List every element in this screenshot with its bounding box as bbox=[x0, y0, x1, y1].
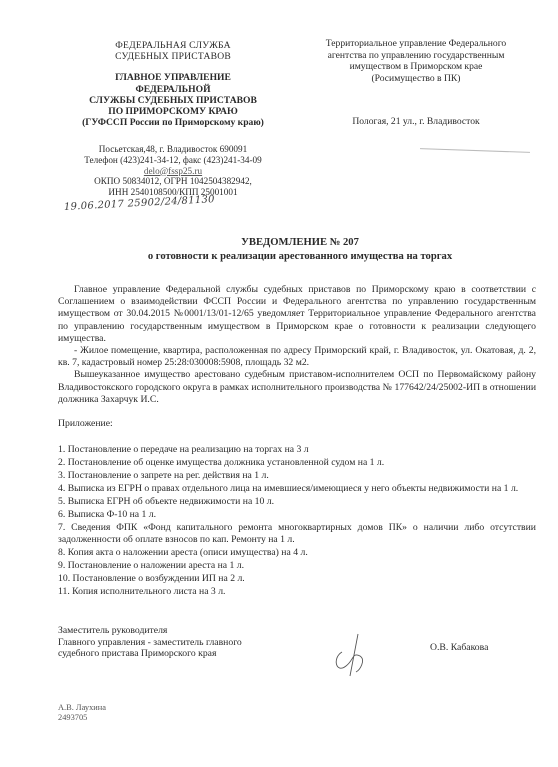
sender-gu-line2: ФЕДЕРАЛЬНОЙ bbox=[62, 84, 284, 95]
signature-block: Заместитель руководителя Главного управл… bbox=[58, 625, 258, 660]
attachment-item: 8. Копия акта о наложении ареста (описи … bbox=[58, 547, 536, 559]
sender-email-link[interactable]: delo@fssp25.ru bbox=[62, 166, 284, 177]
recipient-header: Территориальное управление Федерального … bbox=[300, 38, 532, 151]
title-subheading: о готовности к реализации арестованного … bbox=[60, 250, 540, 264]
document-title: УВЕДОМЛЕНИЕ № 207 о готовности к реализа… bbox=[60, 236, 540, 264]
sender-phone: Телефон (423)241-34-12, факс (423)241-34… bbox=[62, 155, 284, 166]
body-paragraph-3: Вышеуказанное имущество арестовано судеб… bbox=[58, 369, 536, 406]
attachments-list: 1. Постановление о передаче на реализаци… bbox=[58, 444, 536, 598]
attachment-item: 11. Копия исполнительного листа на 3 л. bbox=[58, 586, 536, 598]
sender-gu-line4: ПО ПРИМОРСКОМУ КРАЮ bbox=[62, 106, 284, 117]
sender-service-line2: СУДЕБНЫХ ПРИСТАВОВ bbox=[62, 51, 284, 62]
sender-service-line1: ФЕДЕРАЛЬНАЯ СЛУЖБА bbox=[62, 40, 284, 51]
handwritten-signature-icon bbox=[330, 630, 380, 680]
attachment-item: 10. Постановление о возбуждении ИП на 2 … bbox=[58, 573, 536, 585]
recipient-line4: (Росимущество в ПК) bbox=[300, 73, 532, 85]
attachment-item: 6. Выписка Ф-10 на 1 л. bbox=[58, 509, 536, 521]
recipient-address: Пологая, 21 ул., г. Владивосток bbox=[300, 116, 532, 128]
signer-name: О.В. Кабакова bbox=[430, 642, 488, 653]
divider-line bbox=[420, 148, 530, 153]
body-paragraph-2: - Жилое помещение, квартира, расположенн… bbox=[58, 345, 536, 369]
title-heading: УВЕДОМЛЕНИЕ № 207 bbox=[60, 236, 540, 250]
executor-footer: А.В. Лаухина 2493705 bbox=[58, 703, 106, 724]
document-body: Главное управление Федеральной службы су… bbox=[58, 284, 536, 599]
sender-gu-line3: СЛУЖБЫ СУДЕБНЫХ ПРИСТАВОВ bbox=[62, 95, 284, 106]
attachment-item: 4. Выписка из ЕГРН о правах отдельного л… bbox=[58, 483, 536, 495]
body-paragraph-1: Главное управление Федеральной службы су… bbox=[58, 284, 536, 345]
signer-position-line2: Главного управления - заместитель главно… bbox=[58, 637, 258, 649]
signer-position-line3: судебного пристава Приморского края bbox=[58, 648, 258, 660]
attachment-item: 5. Выписка ЕГРН об объекте недвижимости … bbox=[58, 496, 536, 508]
sender-gu-line5: (ГУФССП России по Приморскому краю) bbox=[62, 117, 284, 128]
attachment-item: 9. Постановление о наложении ареста на 1… bbox=[58, 560, 536, 572]
attachment-item: 7. Сведения ФПК «Фонд капитального ремон… bbox=[58, 522, 536, 546]
executor-phone: 2493705 bbox=[58, 713, 106, 723]
recipient-line2: агентства по управлению государственным bbox=[300, 50, 532, 62]
recipient-line1: Территориальное управление Федерального bbox=[300, 38, 532, 50]
executor-name: А.В. Лаухина bbox=[58, 703, 106, 713]
sender-header: ФЕДЕРАЛЬНАЯ СЛУЖБА СУДЕБНЫХ ПРИСТАВОВ ГЛ… bbox=[62, 40, 284, 197]
sender-address: Посьетская,48, г. Владивосток 690091 bbox=[62, 144, 284, 155]
attachment-item: 2. Постановление об оценке имущества дол… bbox=[58, 457, 536, 469]
signer-position-line1: Заместитель руководителя bbox=[58, 625, 258, 637]
sender-gu-line1: ГЛАВНОЕ УПРАВЛЕНИЕ bbox=[62, 72, 284, 83]
sender-okpo: ОКПО 50834012, ОГРН 1042504382942, bbox=[62, 176, 284, 187]
attachments-label: Приложение: bbox=[58, 418, 536, 430]
recipient-line3: имуществом в Приморском крае bbox=[300, 61, 532, 73]
attachment-item: 3. Постановление о запрете на рег. дейст… bbox=[58, 470, 536, 482]
attachment-item: 1. Постановление о передаче на реализаци… bbox=[58, 444, 536, 456]
